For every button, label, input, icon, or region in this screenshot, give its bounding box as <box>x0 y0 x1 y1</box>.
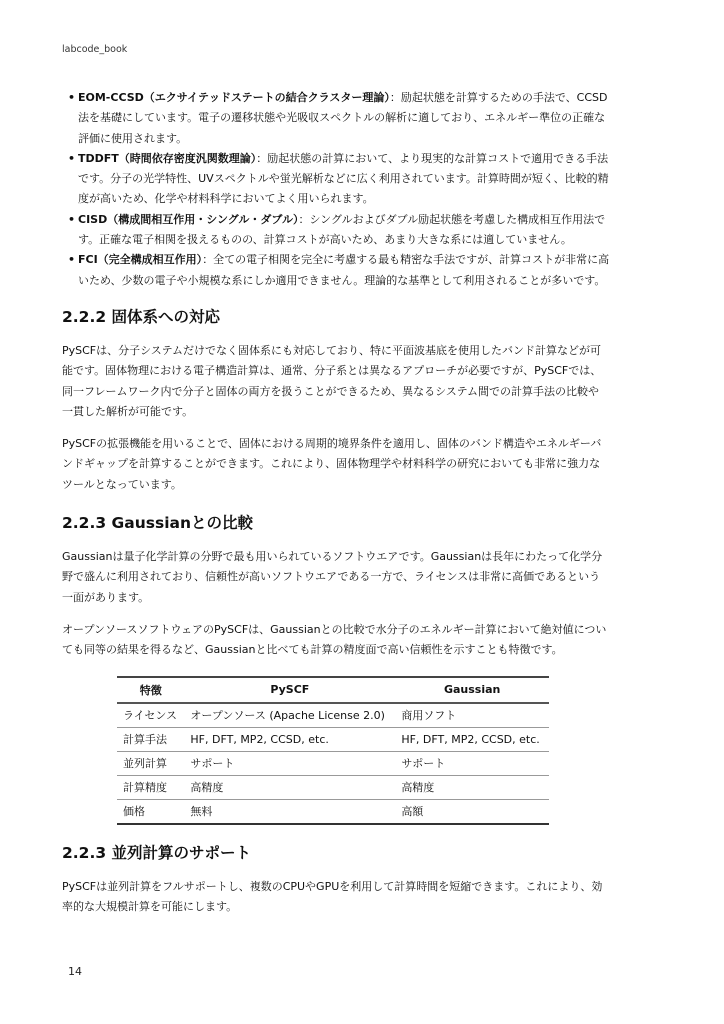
paragraph: PySCFは、分子システムだけでなく固体系にも対応しており、特に平面波基底を使用… <box>62 341 610 422</box>
running-header: labcode_book <box>62 44 127 55</box>
table-row: 価格 無料 高額 <box>117 799 549 824</box>
method-list: •EOM-CCSD（エクサイテッドステートの結合クラスター理論）：励起状態を計算… <box>62 88 610 291</box>
table-row: 計算精度 高精度 高精度 <box>117 775 549 799</box>
table-cell: 無料 <box>184 799 395 824</box>
table-cell: サポート <box>184 751 395 775</box>
paragraph: PySCFの拡張機能を用いることで、固体における周期的境界条件を適用し、固体のバ… <box>62 434 610 495</box>
bullet-icon: • <box>68 88 75 108</box>
list-item: •TDDFT（時間依存密度汎関数理論）：励起状態の計算において、より現実的な計算… <box>62 149 610 210</box>
term: EOM-CCSD（エクサイテッドステートの結合クラスター理論） <box>78 91 390 104</box>
table-cell: オープンソース (Apache License 2.0) <box>184 703 395 728</box>
column-header: Gaussian <box>395 677 549 703</box>
table-cell: 高精度 <box>395 775 549 799</box>
table-cell: HF, DFT, MP2, CCSD, etc. <box>395 727 549 751</box>
table-cell: 並列計算 <box>117 751 184 775</box>
list-item: •CISD（構成間相互作用・シングル・ダブル）：シングルおよびダブル励起状態を考… <box>62 210 610 251</box>
table-cell: 商用ソフト <box>395 703 549 728</box>
table-cell: サポート <box>395 751 549 775</box>
table-cell: 計算手法 <box>117 727 184 751</box>
table-cell: 価格 <box>117 799 184 824</box>
table-cell: ライセンス <box>117 703 184 728</box>
table-cell: 高精度 <box>184 775 395 799</box>
table-cell: HF, DFT, MP2, CCSD, etc. <box>184 727 395 751</box>
table-cell: 高額 <box>395 799 549 824</box>
table-cell: 計算精度 <box>117 775 184 799</box>
table-header-row: 特徴 PySCF Gaussian <box>117 677 549 703</box>
paragraph: オープンソースソフトウェアのPySCFは、Gaussianとの比較で水分子のエネ… <box>62 620 610 661</box>
section-heading-parallel: 2.2.3 並列計算のサポート <box>62 843 610 863</box>
page-content: •EOM-CCSD（エクサイテッドステートの結合クラスター理論）：励起状態を計算… <box>62 88 610 917</box>
section-heading-gaussian-comparison: 2.2.3 Gaussianとの比較 <box>62 513 610 533</box>
page-number: 14 <box>68 965 82 978</box>
term: FCI（完全構成相互作用） <box>78 253 202 266</box>
term: TDDFT（時間依存密度汎関数理論） <box>78 152 256 165</box>
paragraph: PySCFは並列計算をフルサポートし、複数のCPUやGPUを利用して計算時間を短… <box>62 877 610 918</box>
table-row: 並列計算 サポート サポート <box>117 751 549 775</box>
table-row: ライセンス オープンソース (Apache License 2.0) 商用ソフト <box>117 703 549 728</box>
list-item: •EOM-CCSD（エクサイテッドステートの結合クラスター理論）：励起状態を計算… <box>62 88 610 149</box>
column-header: 特徴 <box>117 677 184 703</box>
section-heading-solid-state: 2.2.2 固体系への対応 <box>62 307 610 327</box>
bullet-icon: • <box>68 210 75 230</box>
table-row: 計算手法 HF, DFT, MP2, CCSD, etc. HF, DFT, M… <box>117 727 549 751</box>
bullet-icon: • <box>68 250 75 270</box>
comparison-table: 特徴 PySCF Gaussian ライセンス オープンソース (Apache … <box>117 676 549 825</box>
paragraph: Gaussianは量子化学計算の分野で最も用いられているソフトウエアです。Gau… <box>62 547 610 608</box>
list-item: •FCI（完全構成相互作用）：全ての電子相関を完全に考慮する最も精密な手法ですが… <box>62 250 610 291</box>
bullet-icon: • <box>68 149 75 169</box>
column-header: PySCF <box>184 677 395 703</box>
term: CISD（構成間相互作用・シングル・ダブル） <box>78 213 298 226</box>
